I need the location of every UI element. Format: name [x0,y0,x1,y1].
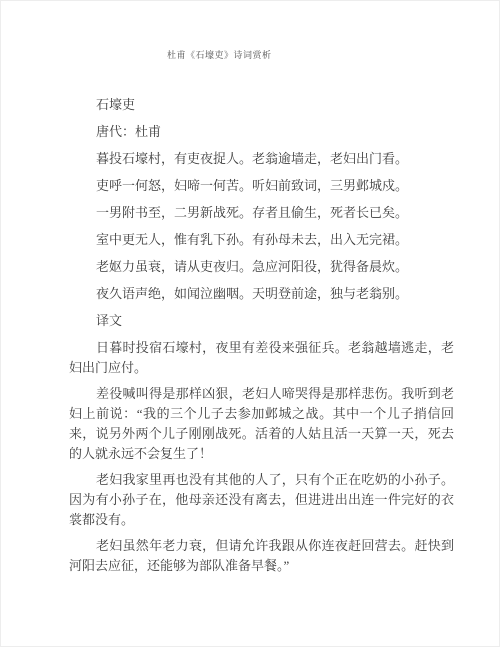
document-header-title: 杜甫《石壕吏》诗词赏析 [167,50,454,61]
translation-heading: 译文 [69,311,454,330]
poem-line-3: 一男附书至，二男新战死。存者且偷生，死者长已矣。 [69,203,454,222]
document-page: 杜甫《石壕吏》诗词赏析 石壕吏 唐代：杜甫 暮投石壕村，有吏夜捉人。老翁逾墙走，… [0,0,500,647]
translation-paragraph-1: 日暮时投宿石壕村，夜里有差役来强征兵。老翁越墙逃走，老妇出门应付。 [69,338,454,378]
poem-line-4: 室中更无人，惟有乳下孙。有孙母未去，出入无完裙。 [69,230,454,249]
poem-line-5: 老妪力虽衰，请从吏夜归。急应河阳役，犹得备晨炊。 [69,257,454,276]
poem-line-2: 吏呼一何怒，妇啼一何苦。听妇前致词，三男邺城戍。 [69,176,454,195]
poem-line-1: 暮投石壕村，有吏夜捉人。老翁逾墙走，老妇出门看。 [69,149,454,168]
poem-title: 石壕吏 [69,95,454,114]
poem-line-6: 夜久语声绝，如闻泣幽咽。天明登前途，独与老翁别。 [69,284,454,303]
translation-paragraph-4: 老妇虽然年老力衰，但请允许我跟从你连夜赶回营去。赶快到河阳去应征，还能够为部队准… [69,536,454,576]
document-body: 石壕吏 唐代：杜甫 暮投石壕村，有吏夜捉人。老翁逾墙走，老妇出门看。 吏呼一何怒… [69,95,454,576]
translation-paragraph-3: 老妇我家里再也没有其他的人了，只有个正在吃奶的小孙子。因为有小孙子在，他母亲还没… [69,470,454,530]
poem-author: 唐代：杜甫 [69,122,454,141]
translation-paragraph-2: 差役喊叫得是那样凶狠，老妇人啼哭得是那样悲伤。我听到老妇上前说：“我的三个儿子去… [69,384,454,464]
